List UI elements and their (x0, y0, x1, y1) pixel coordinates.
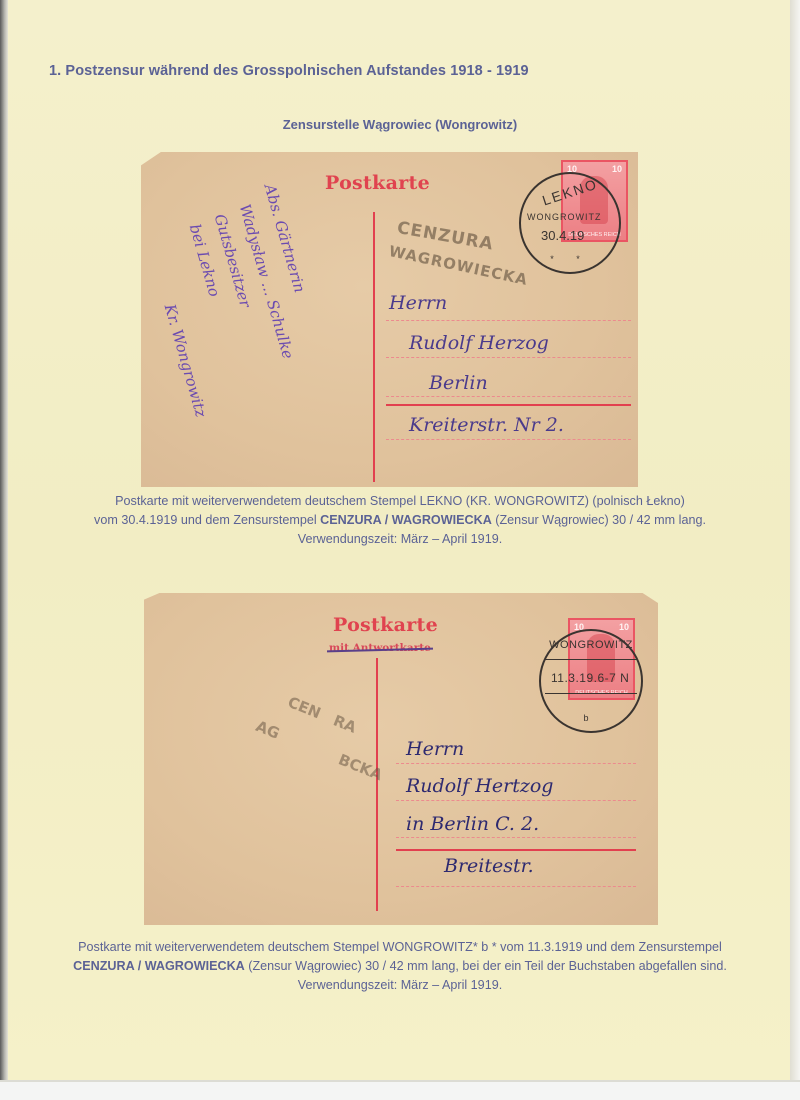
address-line (396, 886, 636, 887)
caption-line: Verwendungszeit: März – April 1919. (0, 530, 800, 549)
postcard-title: Postkarte (333, 614, 438, 636)
postmark-bar (545, 659, 637, 660)
caption-line: CENZURA / WAGROWIECKA (Zensur Wągrowiec)… (0, 957, 800, 976)
city-underline (396, 849, 636, 851)
postmark-place: LEKNO (521, 169, 619, 215)
divider-line (373, 212, 375, 482)
censor-name: CENZURA / WAGROWIECKA (73, 959, 245, 973)
address-line-1: Herrn (406, 738, 464, 760)
censor-mark-line1: CEN RA (285, 693, 359, 737)
caption-line: Verwendungszeit: März – April 1919. (0, 976, 800, 995)
divider-line (376, 658, 378, 911)
city-underline (386, 404, 631, 406)
address-line (386, 320, 631, 321)
address-line-4: Kreiterstr. Nr 2. (409, 414, 564, 436)
struck-subtitle: mit Antwortkarte (329, 642, 431, 654)
stamp-value: 10 (619, 622, 629, 632)
postmark-date: 11.3.19.6-7 N (551, 671, 629, 685)
caption-line: vom 30.4.1919 und dem Zensurstempel CENZ… (0, 511, 800, 530)
postmark-bar (545, 693, 637, 694)
address-line-2: Rudolf Herzog (409, 332, 549, 354)
address-line (396, 837, 636, 838)
section-subheading: Zensurstelle Wągrowiec (Wongrowitz) (0, 117, 800, 132)
postmark-date: 30.4.19 (541, 228, 584, 243)
postcard-wongrowitz: Postkarte mit Antwortkarte 10 10 DEUTSCH… (144, 593, 658, 925)
caption-card-1: Postkarte mit weiterverwendetem deutsche… (0, 492, 800, 549)
caption-card-2: Postkarte mit weiterverwendetem deutsche… (0, 938, 800, 995)
censor-mark-line2: WAGROWIECKA (387, 242, 529, 289)
address-line-1: Herrn (389, 292, 447, 314)
postcard-lekno: Postkarte 10 10 DEUTSCHES REICH LEKNO WO… (141, 152, 638, 487)
scan-edge-bottom (0, 1080, 800, 1100)
sender-text: Kr. Wongrowitz (161, 302, 210, 419)
address-line (396, 763, 636, 764)
postmark-wongrowitz: WONGROWITZ 11.3.19.6-7 N b (539, 629, 643, 733)
page-heading: 1. Postzensur während des Grosspolnische… (49, 63, 529, 79)
caption-line: Postkarte mit weiterverwendetem deutsche… (0, 938, 800, 957)
postmark-district: WONGROWITZ (527, 212, 602, 222)
address-line (386, 396, 631, 397)
address-line (386, 439, 631, 440)
postmark-place: WONGROWITZ (541, 639, 641, 651)
censor-mark-line2: AG BCKA (253, 717, 385, 784)
address-line-3: Berlin (429, 372, 488, 394)
postmark-lekno: LEKNO WONGROWITZ 30.4.19 * * (519, 172, 621, 274)
address-line-4: Breitestr. (444, 855, 534, 877)
address-line (396, 800, 636, 801)
postmark-stars: * * (521, 254, 619, 264)
address-line-2: Rudolf Hertzog (406, 775, 553, 797)
scan-edge-left (0, 0, 8, 1100)
postcard-title: Postkarte (325, 172, 430, 194)
address-line (386, 357, 631, 358)
censor-name: CENZURA / WAGROWIECKA (320, 513, 492, 527)
caption-line: Postkarte mit weiterverwendetem deutsche… (0, 492, 800, 511)
address-line-3: in Berlin C. 2. (406, 813, 539, 835)
postmark-stars: b (541, 713, 641, 723)
